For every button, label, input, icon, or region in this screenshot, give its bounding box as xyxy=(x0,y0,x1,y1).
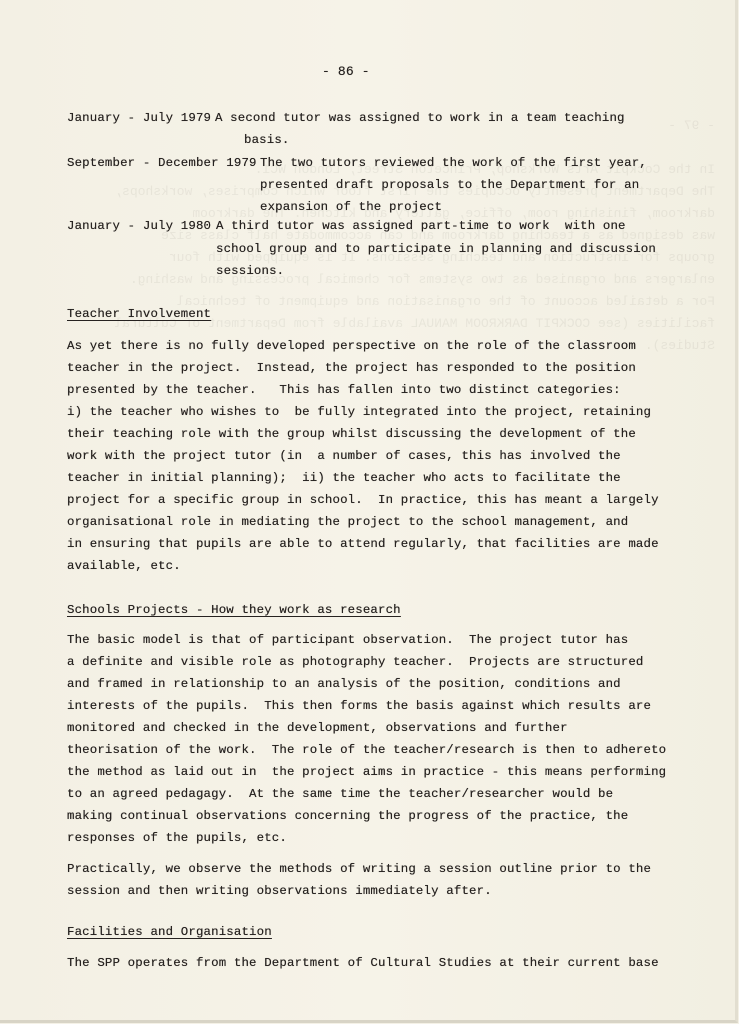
schedule-text-line: presented draft proposals to the Departm… xyxy=(260,178,639,192)
schedule-text-line: school group and to participate in plann… xyxy=(216,242,656,256)
text-line: session and then writing observations im… xyxy=(67,884,492,898)
text-line: making continual observations concerning… xyxy=(67,809,628,823)
schedule-text-line: A third tutor was assigned part-time to … xyxy=(216,219,626,233)
section-heading-facilities: Facilities and Organisation xyxy=(67,925,272,939)
text-line: monitored and checked in the development… xyxy=(67,721,568,735)
text-line: i) the teacher who wishes to be fully in… xyxy=(67,405,651,419)
text-line: to an agreed pedagagy. At the same time … xyxy=(67,787,613,801)
schedule-text-line: expansion of the project xyxy=(260,200,442,214)
text-line: interests of the pupils. This then forms… xyxy=(67,699,651,713)
text-line: teacher in initial planning); ii) the te… xyxy=(67,471,621,485)
schedule-date: September - December 1979 xyxy=(67,156,257,170)
text-line: work with the project tutor (in a number… xyxy=(67,449,621,463)
text-line: presented by the teacher. This has falle… xyxy=(67,383,621,397)
bleed-through-text: - 97 - In the Cockpit Arts Workshop, Pri… xyxy=(355,115,715,357)
schedule-text-line: The two tutors reviewed the work of the … xyxy=(260,156,647,170)
text-line: and framed in relationship to an analysi… xyxy=(67,677,621,691)
text-line: project for a specific group in school. … xyxy=(67,493,659,507)
text-line: the method as laid out in the project ai… xyxy=(67,765,666,779)
text-line: organisational role in mediating the pro… xyxy=(67,515,628,529)
text-line: As yet there is no fully developed persp… xyxy=(67,339,636,353)
text-line: available, etc. xyxy=(67,559,181,573)
text-line: in ensuring that pupils are able to atte… xyxy=(67,537,659,551)
schedule-text-line: basis. xyxy=(244,133,290,147)
text-line: responses of the pupils, etc. xyxy=(67,831,287,845)
text-line: a definite and visible role as photograp… xyxy=(67,655,644,669)
text-line: theorisation of the work. The role of th… xyxy=(67,743,666,757)
document-page: - 97 - In the Cockpit Arts Workshop, Pri… xyxy=(0,0,738,1023)
schedule-text-line: A second tutor was assigned to work in a… xyxy=(215,111,625,125)
schedule-text-line: sessions. xyxy=(216,264,284,278)
schedule-date: January - July 1980 xyxy=(67,219,211,233)
schedule-date: January - July 1979 xyxy=(67,111,211,125)
page-number: - 86 - xyxy=(322,64,370,79)
text-line: Practically, we observe the methods of w… xyxy=(67,862,651,876)
text-line: teacher in the project. Instead, the pro… xyxy=(67,361,636,375)
section-heading-schools-projects: Schools Projects - How they work as rese… xyxy=(67,603,401,617)
section-heading-teacher-involvement: Teacher Involvement xyxy=(67,307,211,321)
text-line: their teaching role with the group whils… xyxy=(67,427,636,441)
text-line: The basic model is that of participant o… xyxy=(67,633,628,647)
text-line: The SPP operates from the Department of … xyxy=(67,956,659,970)
